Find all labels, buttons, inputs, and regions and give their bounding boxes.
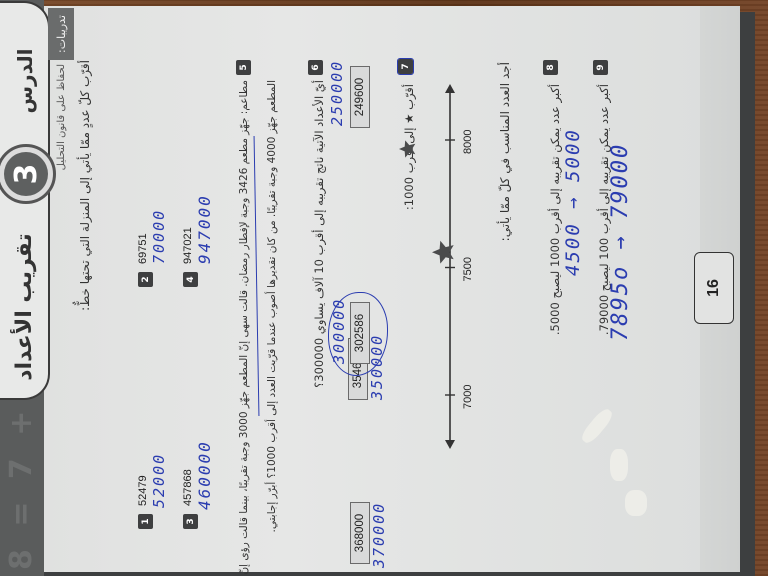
number-line-label-max: 8000 xyxy=(462,130,474,154)
exercise-badge-9: 9 xyxy=(593,60,608,75)
exercise-badge-8: 8 xyxy=(543,60,558,75)
number-line-label-mid: 7500 xyxy=(462,257,474,281)
exercise-8-question: أكبر عدد يمكن تقريبه إلى أقرب 1000 ليصبح… xyxy=(548,84,562,335)
paper-scuff xyxy=(610,449,628,481)
workbook-page: 8 = 7 + 6 + 3 تقريب الأعداد 3 الدرس تدري… xyxy=(0,0,768,576)
page-number: 16 xyxy=(694,252,734,324)
paper-scuff xyxy=(625,490,647,516)
part2-instruction: أجد العدد المناسب في كلّ ممّا يأتي: xyxy=(498,62,512,241)
exercise-9-handwritten: 7895o → 79000 xyxy=(608,143,633,341)
exercise-8-handwritten: 4500 → 5000 xyxy=(562,128,584,276)
number-line xyxy=(0,0,768,576)
number-line-label-min: 7000 xyxy=(462,385,474,409)
